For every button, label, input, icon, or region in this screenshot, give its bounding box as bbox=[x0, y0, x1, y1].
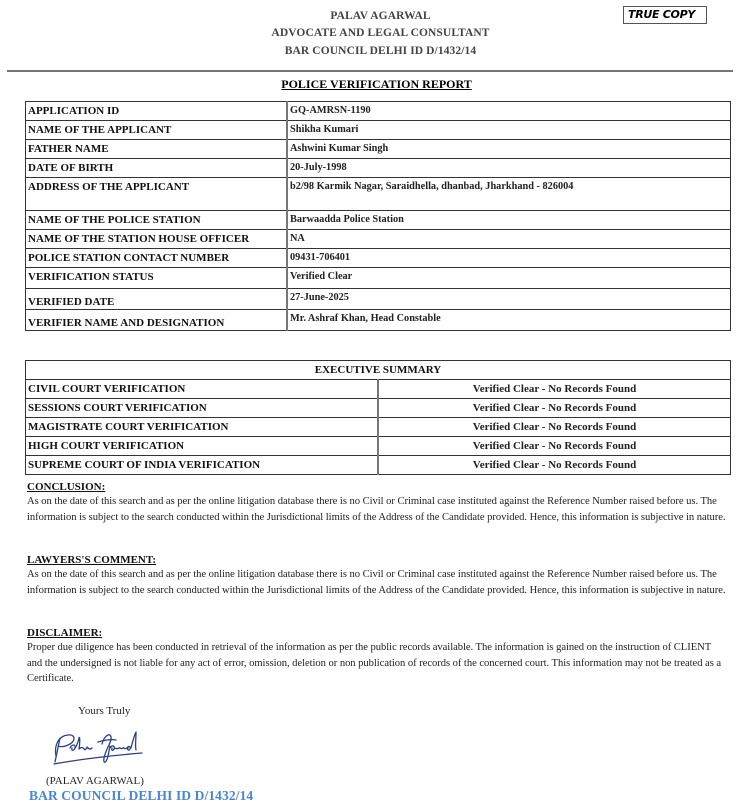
lawyers-comment-section: LAWYERS'S COMMENT: As on the date of thi… bbox=[27, 553, 727, 598]
table-row: ADDRESS OF THE APPLICANT b2/98 Karmik Na… bbox=[26, 178, 731, 211]
court-status: Verified Clear - No Records Found bbox=[378, 456, 731, 475]
field-label: VERIFIER NAME AND DESIGNATION bbox=[26, 310, 288, 331]
lawyers-comment-title: LAWYERS'S COMMENT: bbox=[27, 553, 727, 567]
applicant-details-table: APPLICATION ID GQ-AMRSN-1190 NAME OF THE… bbox=[25, 101, 731, 331]
court-status: Verified Clear - No Records Found bbox=[378, 399, 731, 418]
field-label: NAME OF THE STATION HOUSE OFFICER bbox=[26, 230, 288, 249]
table-row: VERIFICATION STATUS Verified Clear bbox=[26, 268, 731, 289]
table-row: CIVIL COURT VERIFICATION Verified Clear … bbox=[26, 380, 731, 399]
field-value: b2/98 Karmik Nagar, Saraidhella, dhanbad… bbox=[287, 178, 731, 211]
field-value: Ashwini Kumar Singh bbox=[287, 140, 731, 159]
court-status: Verified Clear - No Records Found bbox=[378, 380, 731, 399]
field-label: APPLICATION ID bbox=[26, 102, 288, 121]
field-label: VERIFIED DATE bbox=[26, 289, 288, 310]
table-row: VERIFIER NAME AND DESIGNATION Mr. Ashraf… bbox=[26, 310, 731, 331]
signatory-bar-id: BAR COUNCIL DELHI ID D/1432/14 bbox=[29, 788, 253, 804]
signatory-name: (PALAV AGARWAL) bbox=[46, 775, 144, 787]
disclaimer-text: Proper due diligence has been conducted … bbox=[27, 640, 727, 687]
table-row: NAME OF THE APPLICANT Shikha Kumari bbox=[26, 121, 731, 140]
field-value: Mr. Ashraf Khan, Head Constable bbox=[287, 310, 731, 331]
table-row: DATE OF BIRTH 20-July-1998 bbox=[26, 159, 731, 178]
letterhead-designation: ADVOCATE AND LEGAL CONSULTANT bbox=[4, 27, 753, 39]
court-label: MAGISTRATE COURT VERIFICATION bbox=[26, 418, 379, 437]
table-row: SUPREME COURT OF INDIA VERIFICATION Veri… bbox=[26, 456, 731, 475]
executive-summary-table: EXECUTIVE SUMMARY CIVIL COURT VERIFICATI… bbox=[25, 360, 731, 475]
report-title: POLICE VERIFICATION REPORT bbox=[0, 77, 753, 92]
field-value: Barwaadda Police Station bbox=[287, 211, 731, 230]
field-label: ADDRESS OF THE APPLICANT bbox=[26, 178, 288, 211]
field-label: NAME OF THE APPLICANT bbox=[26, 121, 288, 140]
field-label: NAME OF THE POLICE STATION bbox=[26, 211, 288, 230]
disclaimer-title: DISCLAIMER: bbox=[27, 626, 727, 640]
court-status: Verified Clear - No Records Found bbox=[378, 437, 731, 456]
table-row: NAME OF THE STATION HOUSE OFFICER NA bbox=[26, 230, 731, 249]
table-row: VERIFIED DATE 27-June-2025 bbox=[26, 289, 731, 310]
signature-image bbox=[46, 726, 156, 774]
field-label: DATE OF BIRTH bbox=[26, 159, 288, 178]
letterhead-bar-id: BAR COUNCIL DELHI ID D/1432/14 bbox=[4, 45, 753, 57]
court-label: CIVIL COURT VERIFICATION bbox=[26, 380, 379, 399]
court-label: HIGH COURT VERIFICATION bbox=[26, 437, 379, 456]
field-value: GQ-AMRSN-1190 bbox=[287, 102, 731, 121]
table-row: MAGISTRATE COURT VERIFICATION Verified C… bbox=[26, 418, 731, 437]
field-value: NA bbox=[287, 230, 731, 249]
field-label: VERIFICATION STATUS bbox=[26, 268, 288, 289]
table-row: FATHER NAME Ashwini Kumar Singh bbox=[26, 140, 731, 159]
field-label: FATHER NAME bbox=[26, 140, 288, 159]
lawyers-comment-text: As on the date of this search and as per… bbox=[27, 567, 727, 598]
table-header-row: EXECUTIVE SUMMARY bbox=[26, 361, 731, 380]
executive-summary-heading: EXECUTIVE SUMMARY bbox=[26, 361, 731, 380]
field-value: Verified Clear bbox=[287, 268, 731, 289]
conclusion-section: CONCLUSION: As on the date of this searc… bbox=[27, 480, 727, 525]
field-label: POLICE STATION CONTACT NUMBER bbox=[26, 249, 288, 268]
closing-text: Yours Truly bbox=[78, 705, 130, 717]
table-row: POLICE STATION CONTACT NUMBER 09431-7064… bbox=[26, 249, 731, 268]
table-row: SESSIONS COURT VERIFICATION Verified Cle… bbox=[26, 399, 731, 418]
true-copy-stamp: TRUE COPY bbox=[623, 6, 707, 24]
disclaimer-section: DISCLAIMER: Proper due diligence has bee… bbox=[27, 626, 727, 687]
table-row: HIGH COURT VERIFICATION Verified Clear -… bbox=[26, 437, 731, 456]
court-status: Verified Clear - No Records Found bbox=[378, 418, 731, 437]
conclusion-title: CONCLUSION: bbox=[27, 480, 727, 494]
court-label: SESSIONS COURT VERIFICATION bbox=[26, 399, 379, 418]
court-label: SUPREME COURT OF INDIA VERIFICATION bbox=[26, 456, 379, 475]
conclusion-text: As on the date of this search and as per… bbox=[27, 494, 727, 525]
field-value: Shikha Kumari bbox=[287, 121, 731, 140]
table-row: APPLICATION ID GQ-AMRSN-1190 bbox=[26, 102, 731, 121]
field-value: 09431-706401 bbox=[287, 249, 731, 268]
header-divider bbox=[7, 70, 733, 72]
field-value: 27-June-2025 bbox=[287, 289, 731, 310]
table-row: NAME OF THE POLICE STATION Barwaadda Pol… bbox=[26, 211, 731, 230]
field-value: 20-July-1998 bbox=[287, 159, 731, 178]
